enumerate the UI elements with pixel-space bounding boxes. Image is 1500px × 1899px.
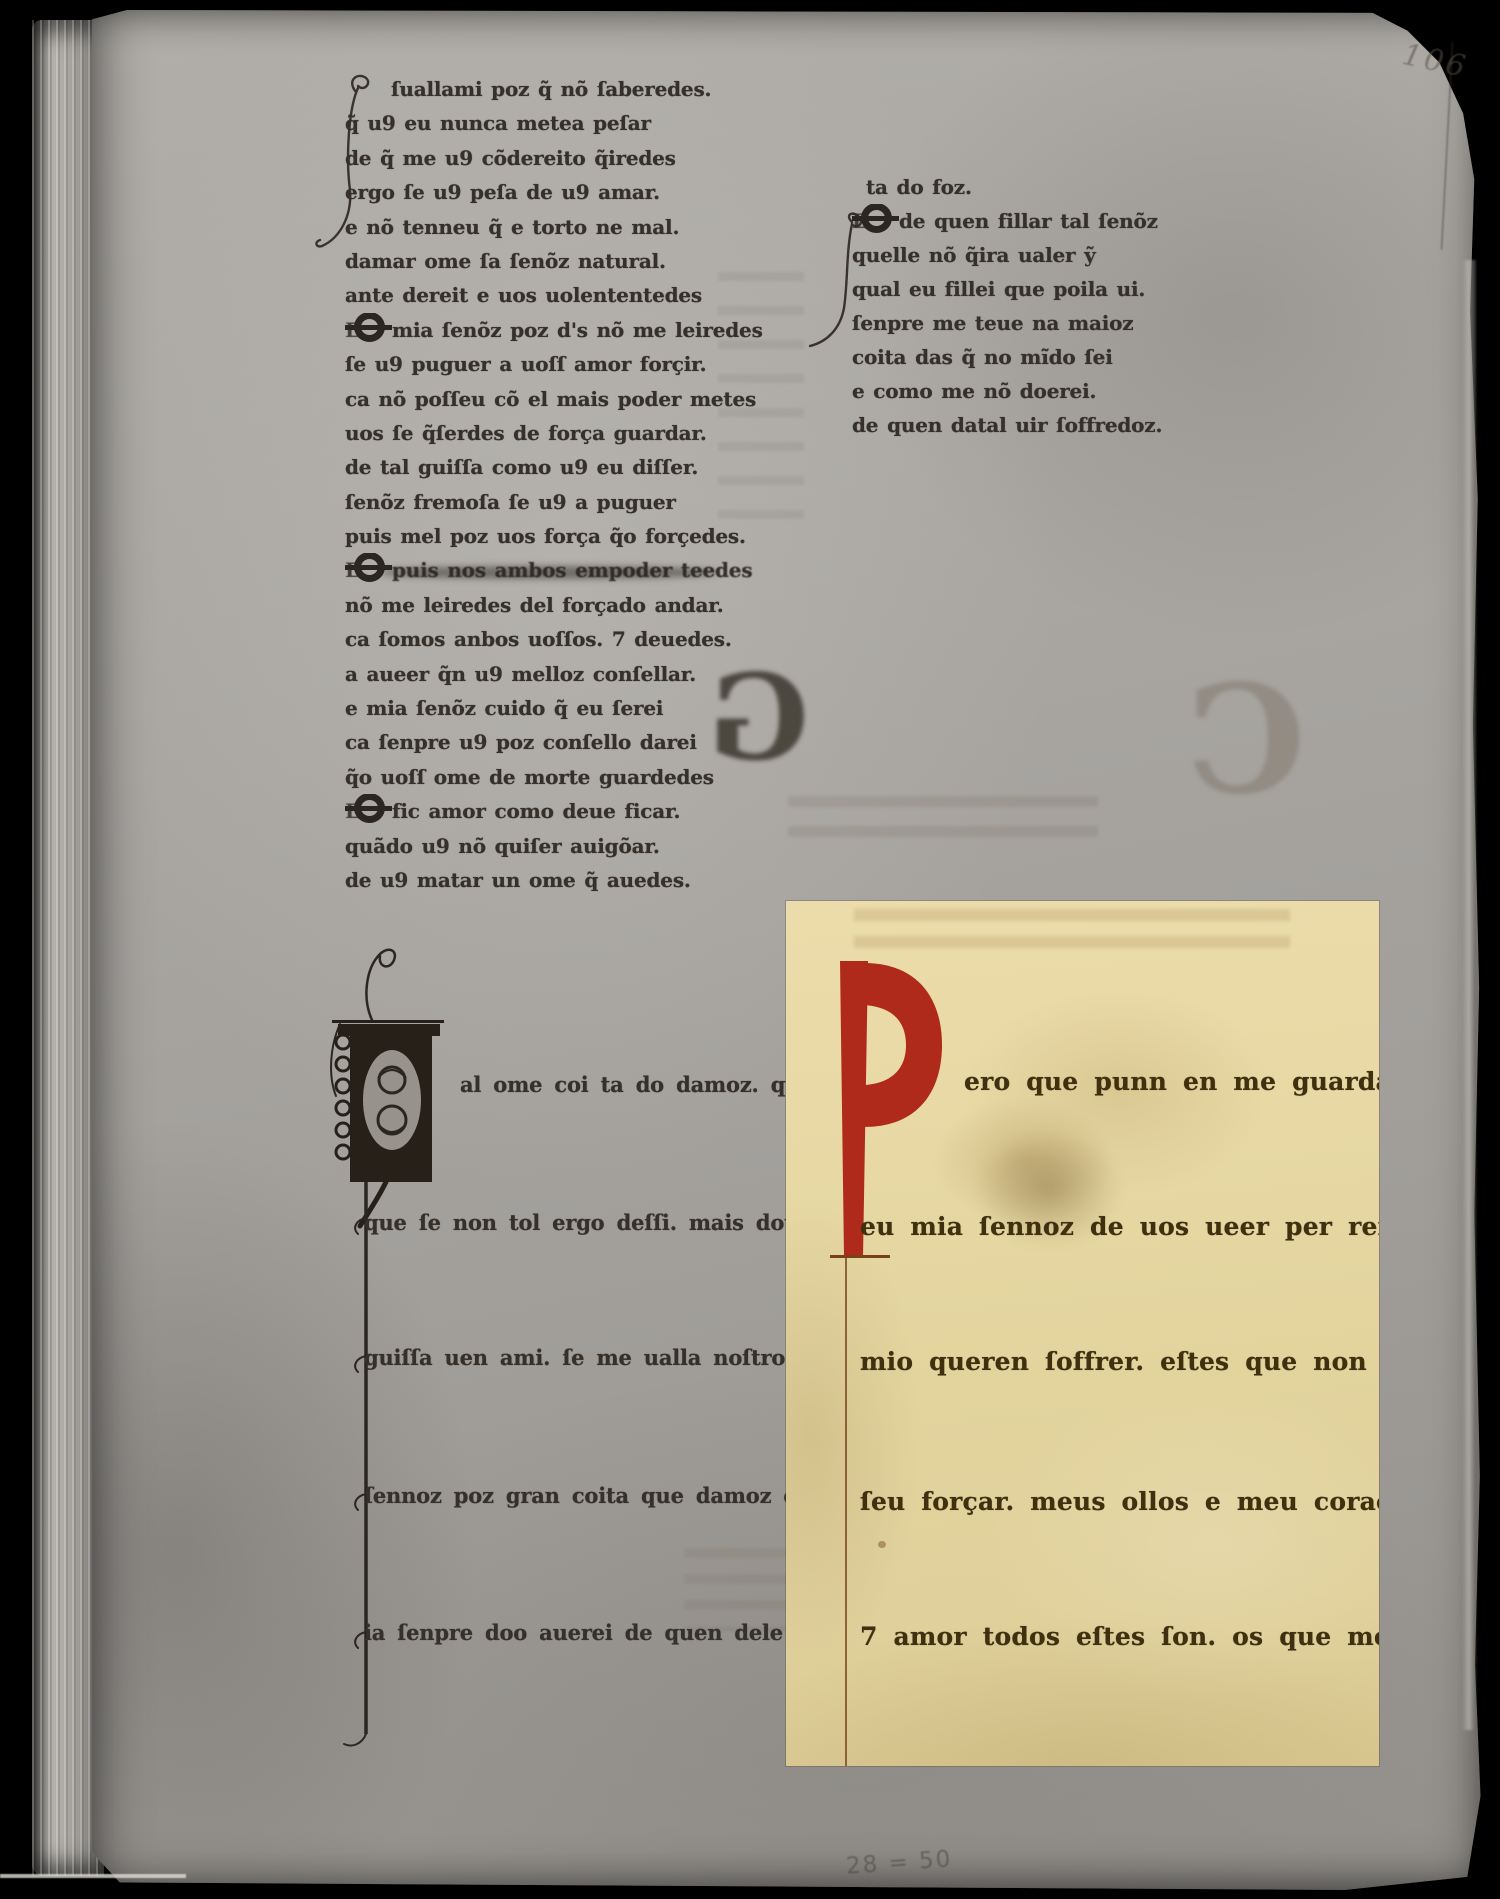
bleedthrough-text-line — [788, 796, 1098, 846]
verse-text: ca nõ poſſeu cõ el mais poder metes — [345, 387, 756, 411]
verse-line: uos ſe q̃ſerdes de força guardar. — [345, 416, 765, 450]
verse-line: nõ me leiredes del forçado andar. — [345, 588, 765, 622]
verse-line: ſenpre me teue na maioz — [852, 306, 1182, 340]
verse-line: Emia ſenõz poz d's nõ me leiredes — [345, 313, 765, 347]
verse-line: de quen datal uir ſoffredoz. — [852, 408, 1182, 442]
verse-line: eu mia ſennoz de uos ueer per ren non — [860, 1212, 1379, 1241]
verse-line: de tal guiſſa como u9 eu diſſer. — [345, 450, 765, 484]
verse-line: quelle nõ q̃ira ualer ỹ — [852, 238, 1182, 272]
verse-text: e como me nõ doerei. — [852, 379, 1096, 403]
verse-line: Epuis nos ambos empoder teedes — [345, 553, 765, 587]
verse-text: ſennoz poz gran coita que damoz ei. — [364, 1483, 788, 1508]
verse-line: ia ſenpre doo auerei de quen dele coi — [364, 1620, 788, 1645]
manuscript-photo: G C 106 ſuallami poz q̃ nõ ſaberedes.q̃ … — [0, 0, 1500, 1899]
verse-line: q̃ u9 eu nunca metea peſar — [345, 106, 765, 140]
verse-text: ta do foz. — [866, 175, 972, 199]
verse-text: ero que punn en me guardar. — [964, 1067, 1379, 1096]
verse-line: ca ſomos anbos uoſſos. 7 deuedes. — [345, 622, 765, 656]
text-column-left: ſuallami poz q̃ nõ ſaberedes.q̃ u9 eu nu… — [345, 72, 765, 897]
verse-line: damar ome ſa ſenõz natural. — [345, 244, 765, 278]
verse-line: que ſe non tol ergo deſſi. mais dout — [364, 1210, 788, 1235]
verse-text: ſe u9 puguer a uoſſ amor forçir. — [345, 352, 706, 376]
verse-line: a aueer q̃n u9 melloz conſellar. — [345, 657, 765, 691]
verse-line: ſe u9 puguer a uoſſ amor forçir. — [345, 347, 765, 381]
verse-line: ca ſenpre u9 poz conſello darei — [345, 725, 765, 759]
verse-text: ergo ſe u9 peſa de u9 amar. — [345, 180, 660, 204]
verse-line: ſennoz poz gran coita que damoz ei. — [364, 1483, 788, 1508]
initial-capital-e: E — [345, 553, 392, 583]
verse-line: Efic amor como deue ficar. — [345, 794, 765, 828]
page-edge-highlight — [1462, 260, 1476, 1730]
verse-text: eu mia ſennoz de uos ueer per ren non — [860, 1212, 1379, 1241]
verse-text: uos ſe q̃ſerdes de força guardar. — [345, 421, 707, 445]
verse-line: Ede quen fillar tal ſenõz — [852, 204, 1182, 238]
verse-line: ca nõ poſſeu cõ el mais poder metes — [345, 382, 765, 416]
verse-line: guiſſa uen ami. ſe me ualla noſtro — [364, 1345, 785, 1370]
verse-text: ſuallami poz q̃ nõ ſaberedes. — [391, 77, 711, 101]
verse-text: ca ſenpre u9 poz conſello darei — [345, 730, 697, 754]
verse-text: ia ſenpre doo auerei de quen dele coi — [364, 1620, 788, 1645]
verse-text: ante dereit e uos uolententedes — [345, 283, 702, 307]
verse-text: guiſſa uen ami. ſe me ualla noſtro — [364, 1345, 785, 1370]
verse-text: de quen fillar tal ſenõz — [899, 209, 1158, 233]
verse-text: q̃ u9 eu nunca metea peſar — [345, 111, 651, 135]
magnified-parchment-inset: ero que punn en me guardar.eu mia ſennoz… — [786, 901, 1379, 1766]
verse-text: de tal guiſſa como u9 eu diſſer. — [345, 455, 698, 479]
verse-line: de u9 matar un ome q̃ auedes. — [345, 863, 765, 897]
bottom-page-edge — [0, 1874, 186, 1878]
initial-capital-e: E — [852, 204, 899, 234]
verse-text: de quen datal uir ſoffredoz. — [852, 413, 1162, 437]
verse-text: coita das q̃ no mĩdo ſei — [852, 345, 1113, 369]
verse-line: e como me nõ doerei. — [852, 374, 1182, 408]
verse-text: ſenpre me teue na maioz — [852, 311, 1133, 335]
bleedthrough-initial-c: C — [1186, 652, 1305, 828]
verse-text: e mia ſenõz cuido q̃ eu ſerei — [345, 696, 663, 720]
verse-line: de q̃ me u9 cõdereito q̃iredes — [345, 141, 765, 175]
verse-line: ergo ſe u9 peſa de u9 amar. — [345, 175, 765, 209]
verse-text: mia ſenõz poz d's nõ me leiredes — [392, 318, 763, 342]
verse-line: coita das q̃ no mĩdo ſei — [852, 340, 1182, 374]
verse-text: ſeu forçar. meus ollos e meu coraçon — [860, 1487, 1379, 1516]
verse-line: ante dereit e uos uolententedes — [345, 278, 765, 312]
verse-line: e nõ tenneu q̃ e torto ne mal. — [345, 210, 765, 244]
text-column-right: ta do foz.Ede quen fillar tal ſenõzquell… — [852, 170, 1182, 442]
verse-line: ſuallami poz q̃ nõ ſaberedes. — [345, 72, 765, 106]
verse-text: nõ me leiredes del forçado andar. — [345, 593, 724, 617]
verse-text: mio queren ſoffrer. eſtes que non poſ — [860, 1347, 1379, 1376]
verse-text: qual eu fillei que poila ui. — [852, 277, 1145, 301]
verse-line: ta do foz. — [852, 170, 1182, 204]
verse-text: ca ſomos anbos uoſſos. 7 deuedes. — [345, 627, 732, 651]
text-column-left-lower: al ome coi ta do damoz. queque ſe non to… — [364, 1072, 794, 1672]
verse-text: 7 amor todos eſtes ſon. os que me non — [860, 1622, 1379, 1651]
initial-capital-e: E — [345, 313, 392, 343]
verse-line: 7 amor todos eſtes ſon. os que me non — [860, 1622, 1379, 1651]
verse-text: q̃o uoſſ ome de morte guardedes — [345, 765, 714, 789]
verse-text: quelle nõ q̃ira ualer ỹ — [852, 243, 1096, 267]
verse-text: que ſe non tol ergo deſſi. mais dout — [364, 1210, 788, 1235]
verse-line: qual eu fillei que poila ui. — [852, 272, 1182, 306]
verse-text: a aueer q̃n u9 melloz conſellar. — [345, 662, 696, 686]
verse-text: e nõ tenneu q̃ e torto ne mal. — [345, 215, 679, 239]
verse-text: quãdo u9 nõ quiſer auigõar. — [345, 834, 660, 858]
verse-text: fic amor como deue ficar. — [392, 799, 680, 823]
verse-text: puis nos ambos empoder teedes — [392, 558, 752, 582]
verse-text: ſenõz fremoſa ſe u9 a puguer — [345, 490, 676, 514]
verse-line: ero que punn en me guardar. — [860, 1067, 1379, 1096]
verse-line: e mia ſenõz cuido q̃ eu ſerei — [345, 691, 765, 725]
verse-line: ſeu forçar. meus ollos e meu coraçon — [860, 1487, 1379, 1516]
inset-text-lines: ero que punn en me guardar.eu mia ſennoz… — [786, 901, 1379, 1766]
verse-line: q̃o uoſſ ome de morte guardedes — [345, 760, 765, 794]
verse-line: al ome coi ta do damoz. que — [460, 1072, 813, 1097]
verse-text: de u9 matar un ome q̃ auedes. — [345, 868, 691, 892]
verse-text: damar ome ſa ſenõz natural. — [345, 249, 666, 273]
verse-line: quãdo u9 nõ quiſer auigõar. — [345, 829, 765, 863]
verse-line: mio queren ſoffrer. eſtes que non poſ — [860, 1347, 1379, 1376]
verse-text: al ome coi ta do damoz. que — [460, 1072, 813, 1097]
verse-line: ſenõz fremoſa ſe u9 a puguer — [345, 485, 765, 519]
verse-text: de q̃ me u9 cõdereito q̃iredes — [345, 146, 676, 170]
verse-line: puis mel poz uos força q̃o forçedes. — [345, 519, 765, 553]
verse-text: puis mel poz uos força q̃o forçedes. — [345, 524, 746, 548]
initial-capital-e: E — [345, 794, 392, 824]
